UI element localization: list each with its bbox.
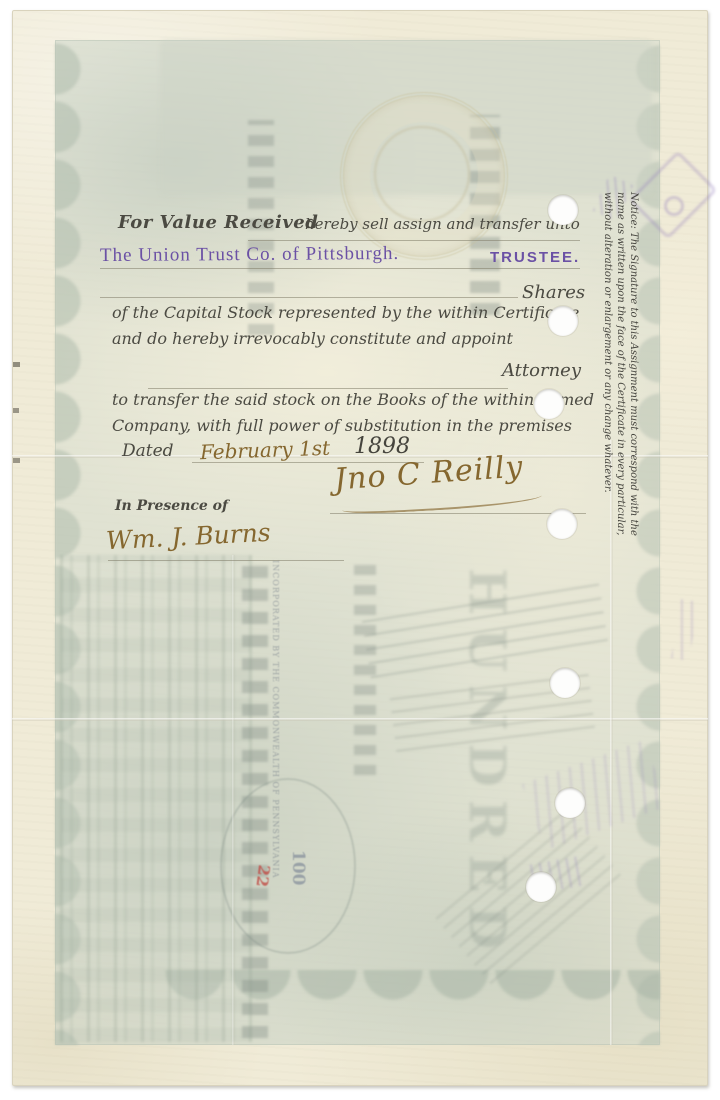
scan-artifact [13, 408, 19, 413]
punch-hole [534, 389, 564, 419]
notice-line-1: Notice: The Signature to this Assignment… [627, 192, 640, 544]
ruled-line [100, 268, 580, 269]
ink-bleed-mark [671, 599, 699, 661]
ruled-line [148, 388, 508, 389]
transfer-clause-text: hereby sell assign and transfer unto [305, 215, 580, 233]
stamp-trustee-label: TRUSTEE. [490, 249, 580, 266]
ghost-share-value: 100 [288, 850, 308, 886]
punch-hole [550, 668, 580, 698]
substitution-line: Company, with full power of substitution… [112, 416, 572, 435]
ruled-line [330, 513, 586, 514]
ink-bleed-mark [664, 196, 684, 216]
stamp-company-name: The Union Trust Co. of Pittsburgh. [100, 243, 399, 267]
year-handwritten: 1898 [354, 434, 410, 459]
shares-label: Shares [522, 282, 585, 303]
punch-hole [547, 509, 577, 539]
ruled-line [248, 240, 580, 241]
certificate-paper: HUNDRED INCORPORATED BY THE COMMONWEALTH… [12, 10, 708, 1086]
ghost-certificate-number: 22 [252, 864, 274, 888]
attorney-label: Attorney [502, 360, 581, 381]
scan-artifact [13, 458, 20, 463]
capital-stock-line: of the Capital Stock represented by the … [112, 303, 579, 322]
books-line: to transfer the said stock on the Books … [112, 390, 594, 409]
embossed-seal-inner-ghost [374, 126, 470, 222]
punch-hole [526, 872, 556, 902]
ghost-ornate-left-band [60, 555, 252, 1042]
value-received-text: For Value Received [118, 212, 318, 233]
notice-line-3: without alteration or enlargement or any… [601, 192, 614, 544]
punch-hole [548, 195, 578, 225]
constitute-line: and do hereby irrevocably constitute and… [112, 329, 513, 348]
punch-hole [548, 306, 578, 336]
punch-hole [555, 788, 585, 818]
notice-line-2: name as written upon the face of the Cer… [614, 192, 627, 544]
scan-artifact [13, 362, 20, 367]
witness-label: In Presence of [115, 498, 228, 514]
fold-crease [12, 718, 708, 721]
fold-crease [232, 555, 235, 1045]
ruled-line [100, 297, 518, 298]
margin-notice: Notice: The Signature to this Assignment… [601, 192, 640, 544]
dated-label: Dated [122, 441, 174, 461]
date-handwritten: February 1st [200, 436, 331, 465]
ruled-line [108, 560, 344, 561]
